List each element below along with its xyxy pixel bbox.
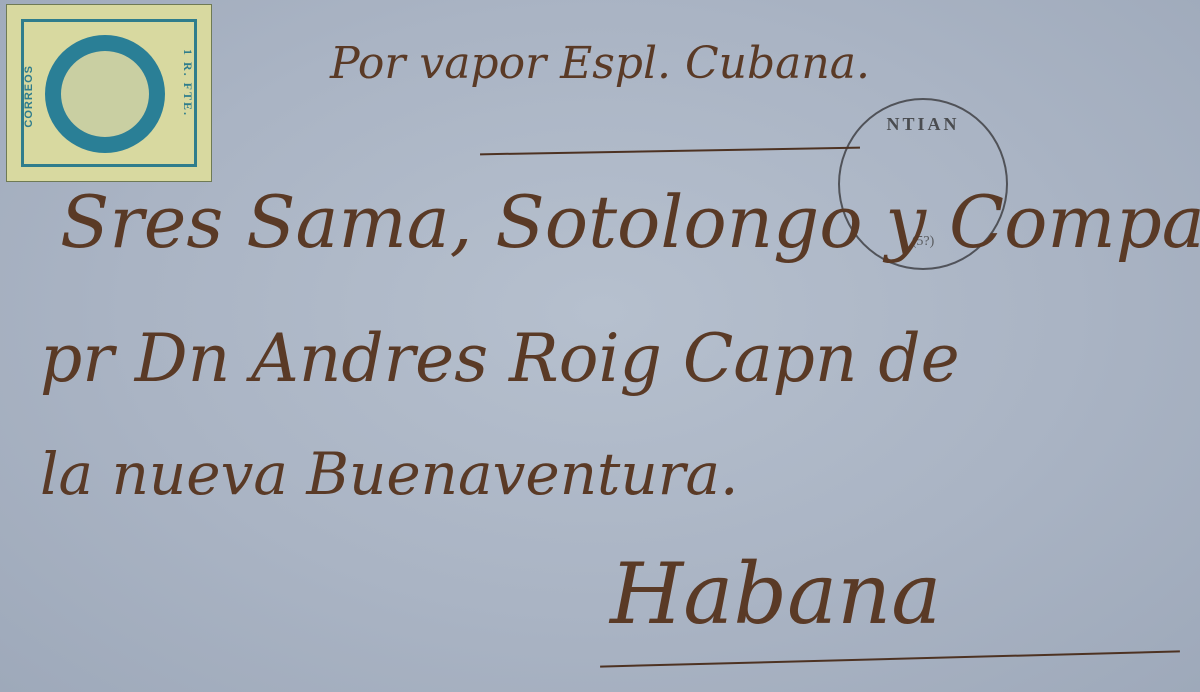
- stamp-portrait-oval: [45, 35, 165, 153]
- postage-stamp: CORREOS 1 R. FTE.: [6, 4, 212, 182]
- address-line-city: Habana: [610, 545, 941, 643]
- stamp-value: 1 R. FTE.: [180, 49, 195, 117]
- envelope: CORREOS 1 R. FTE. NTIAN (5?) Por vapor E…: [0, 0, 1200, 692]
- postmark-town: NTIAN: [840, 114, 1006, 135]
- address-line-addressee: Sres Sama, Sotolongo y Compa: [60, 180, 1200, 264]
- address-line-care-of: pr Dn Andres Roig Capn de: [40, 320, 960, 397]
- address-line-ship: la nueva Buenaventura.: [40, 440, 738, 508]
- routing-underline: [480, 147, 860, 156]
- city-underline: [600, 650, 1180, 667]
- stamp-country-word: CORREOS: [23, 65, 35, 128]
- address-line-routing: Por vapor Espl. Cubana.: [330, 38, 870, 89]
